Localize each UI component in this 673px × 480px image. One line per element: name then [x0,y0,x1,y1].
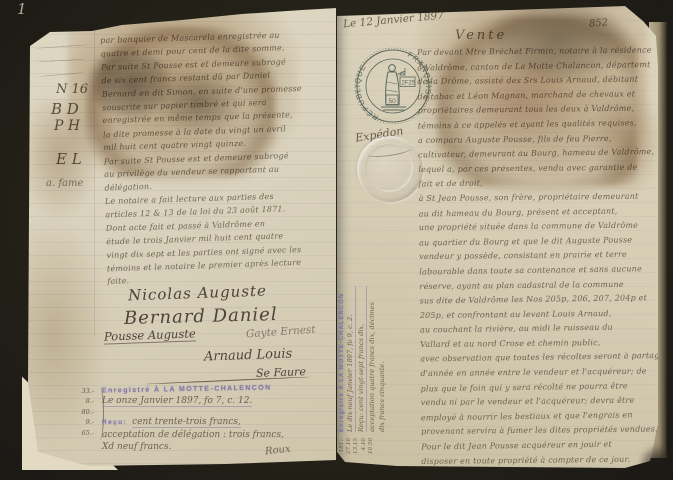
tally-numbers: 33.-8.-80.-9.-65.- [72,386,94,438]
recu-label: Reçu: [102,419,127,426]
faint-scribble [40,72,84,77]
body-line: plus que le foin qui y sera récolté ne p… [420,379,654,397]
tally-value: 9.- [72,417,94,427]
margin-note: P H [54,118,80,134]
corner-mark: 1 [17,0,27,18]
side-registration-stamp: 181.-27.1013.154.1010.50 Enregistré À LA… [339,288,409,464]
left-page: N 16 B D P H E L a. fame par banquier de… [28,8,336,466]
stamp-line4: acceptation de délégation : trois francs… [102,430,277,440]
side-stamp-number: 181.- [339,438,346,464]
embossed-seal-inner [365,144,413,192]
embossed-seal [357,136,423,202]
stamp-date-line: Le onze Janvier 1897, fo 7, c. 12. [102,396,252,407]
tally-value: 80.- [72,407,94,417]
left-page-text: par banquier de Mascarela enregistrée au… [100,27,343,289]
body-line: disposer en toute propriété à compter de… [421,452,655,469]
tally-value: 33.- [72,386,94,396]
tally-value: 65.- [72,428,94,438]
stamp-values: 2F25 50 [386,77,416,105]
right-page-text: Par devant Mtre Bréchet Firmin, notaire … [417,44,655,470]
side-stamp-line4: dix francs cinquante. [377,286,387,432]
side-stamp-line1: Le dix-neuf Janvier 1897, fo 9, c. 2. [345,286,356,432]
signature-bernard-daniel: Bernard Daniel [124,304,278,329]
svg-text:50: 50 [389,98,397,105]
faint-scribble [36,44,90,49]
folio-number: 852 [589,17,609,29]
signature-pousse-auguste: Pousse Auguste [104,326,196,344]
right-page: Le 12 Janvier 1897 852 Vente RÉPUBLIQUE … [337,6,658,470]
tally-value: 8.- [72,396,94,406]
margin-note: B D [51,100,79,118]
margin-rule [94,26,95,336]
body-line: au dit hameau du Bourg, présent et accep… [419,204,653,222]
stamp-header: Enregistré À LA MOTTE-CHALENCON [102,384,277,394]
signature-gayte-ernest: Gayte Ernest [246,324,316,341]
side-stamp-line2: Reçu: cent vingt-sept francs dix, [356,286,367,432]
registration-stamp: Enregistré À LA MOTTE-CHALENCON Le onze … [102,386,277,452]
body-line: à Valdrôme, canton de La Motte Chalancon… [417,58,651,76]
side-stamp-number: 13.15 [353,438,360,464]
document-title: Vente [455,28,507,43]
side-stamp-number: 27.10 [346,438,353,464]
body-line: au quartier du Bourg et que le dit Augus… [419,233,653,251]
date-line: Le 12 Janvier 1897 [343,10,445,31]
svg-text:2F25: 2F25 [402,81,416,87]
signature-nicolas-auguste: Nicolas Auguste [128,282,267,305]
side-stamp-line3: acceptation quatre francs dix, décimes [367,286,377,432]
side-stamp-numbers: 181.-27.1013.154.1010.50 [339,438,375,464]
notary-flourish [146,376,310,384]
recu-value: cent trente-trois francs, [132,417,241,428]
margin-note: E L [56,150,82,168]
side-stamp-number: 4.10 [361,438,368,464]
side-stamp-number: 10.50 [368,438,375,464]
signature-arnaud-louis: Arnaud Louis [204,346,293,364]
document-scan: 1 N 16 B D P H E L a. fame par banquier … [0,0,673,480]
stamp-signature: Roux [265,444,292,458]
margin-note: N 16 [56,82,88,97]
faint-scribble [38,59,86,63]
margin-note: a. fame [46,178,83,189]
stamp-recu-line: Reçu: cent trente-trois francs, [102,409,277,428]
stamp-line5: Xd neuf francs. [102,442,277,452]
